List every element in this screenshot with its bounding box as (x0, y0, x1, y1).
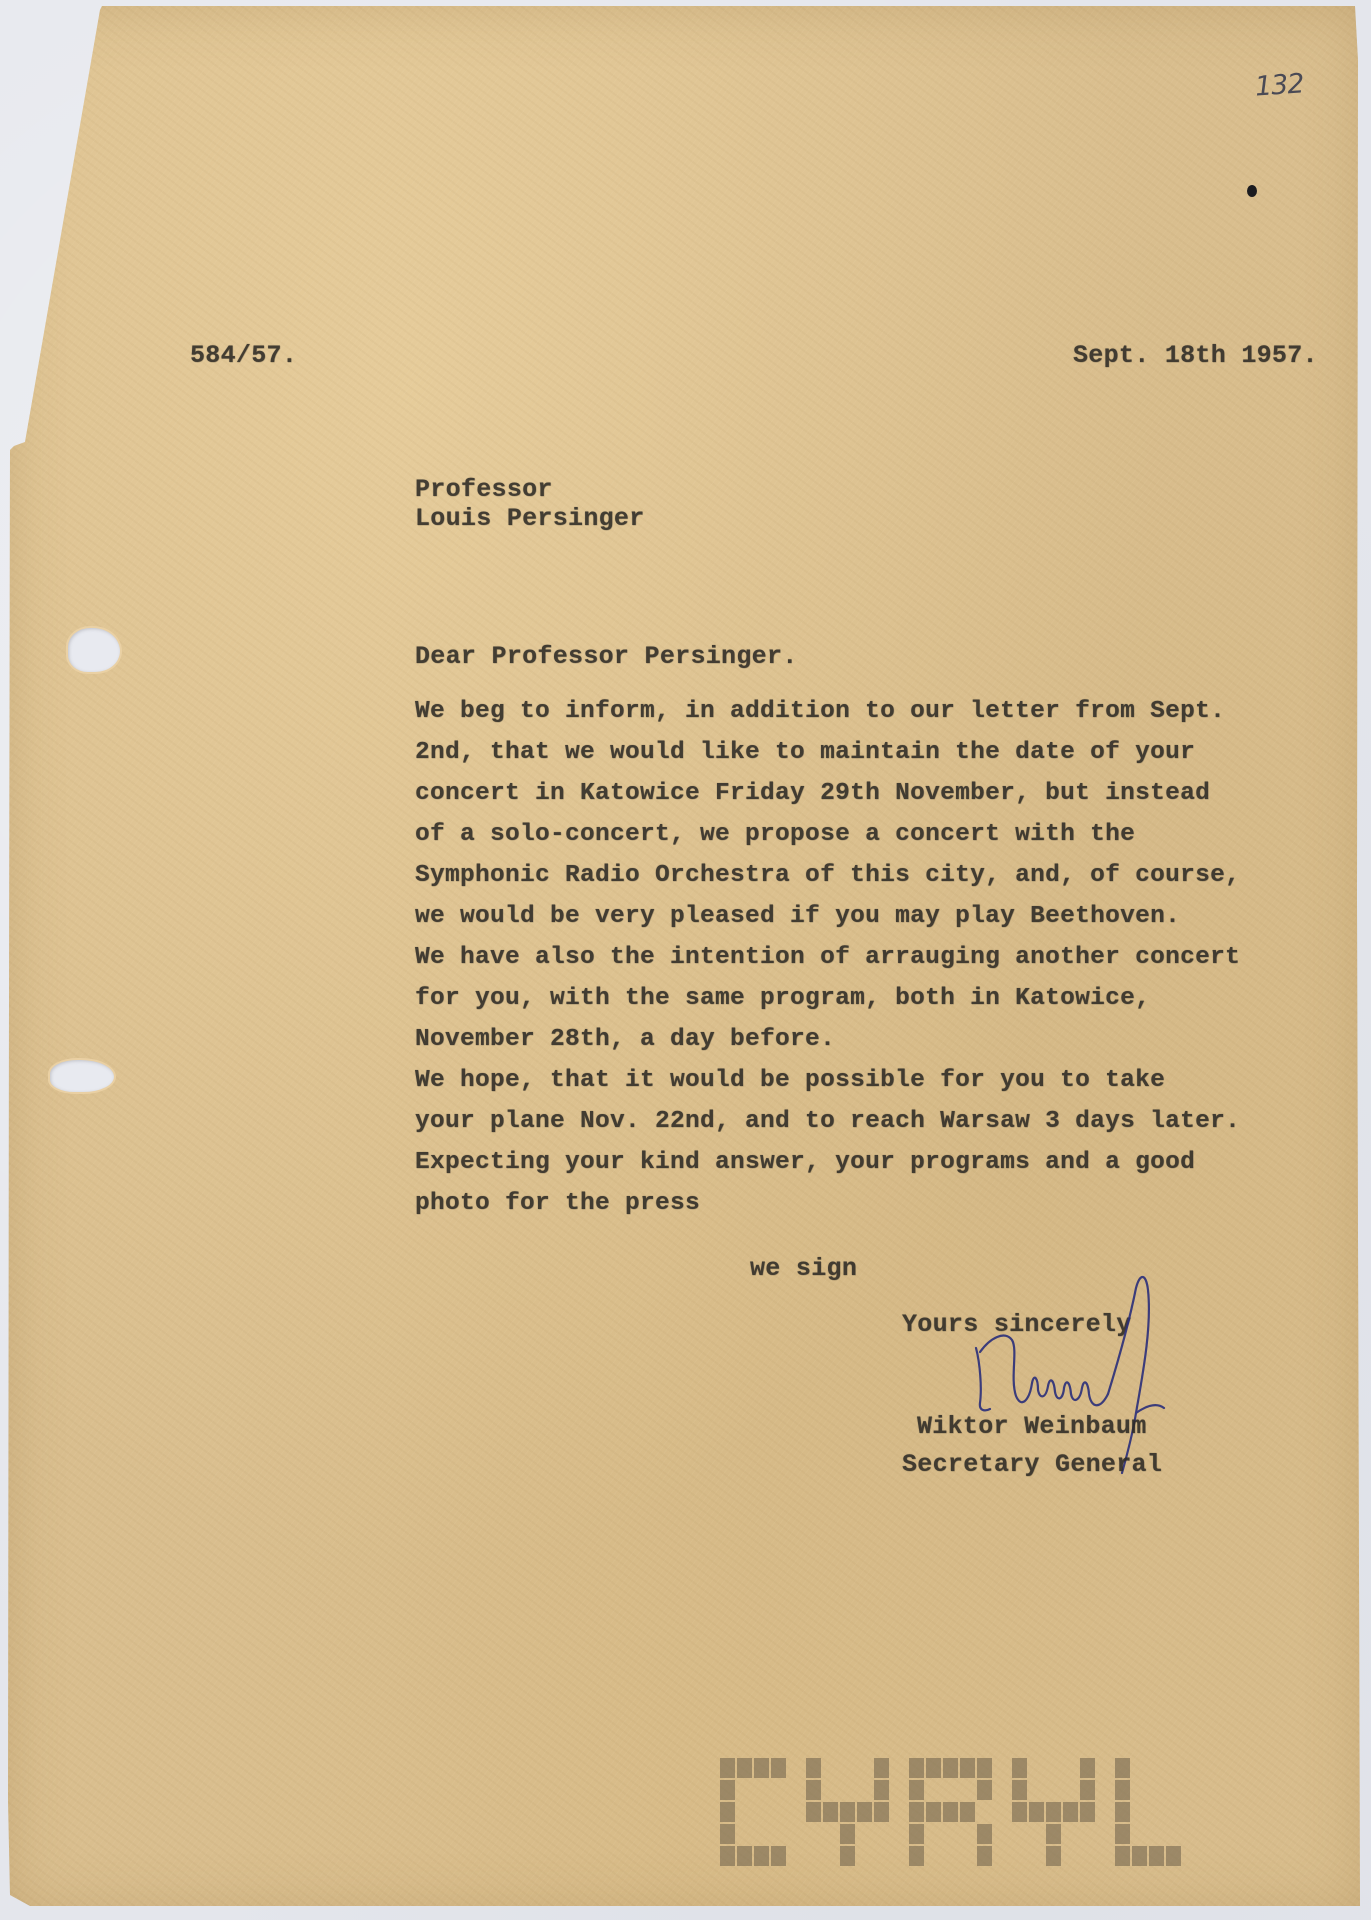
watermark-block (1080, 1780, 1095, 1800)
recipient-name: Louis Persinger (415, 506, 645, 531)
watermark-block (771, 1846, 786, 1866)
body-line: photo for the press (415, 1192, 700, 1217)
watermark-block (909, 1846, 924, 1866)
watermark-block (771, 1758, 786, 1778)
watermark-block (909, 1780, 924, 1800)
body-line: 2nd, that we would like to maintain the … (415, 741, 1195, 766)
reference-number: 584/57. (190, 343, 297, 368)
watermark-block (857, 1802, 872, 1822)
letter-date: Sept. 18th 1957. (1073, 343, 1318, 368)
punch-hole-bottom (50, 1060, 114, 1092)
watermark-block (1046, 1824, 1061, 1844)
watermark-block (754, 1758, 769, 1778)
watermark-block (1166, 1846, 1181, 1866)
watermark-block (1063, 1802, 1078, 1822)
body-line: Symphonic Radio Orchestra of this city, … (415, 864, 1240, 889)
watermark-block (754, 1846, 769, 1866)
watermark-block (1115, 1780, 1130, 1800)
body-line: we would be very pleased if you may play… (415, 905, 1180, 930)
watermark-block (1149, 1846, 1164, 1866)
watermark-block (806, 1780, 821, 1800)
watermark-block (874, 1780, 889, 1800)
watermark-block (977, 1846, 992, 1866)
body-line: We beg to inform, in addition to our let… (415, 700, 1225, 725)
watermark-block (1029, 1802, 1044, 1822)
watermark-block (1046, 1802, 1061, 1822)
body-line: November 28th, a day before. (415, 1028, 835, 1053)
punch-hole-top (68, 628, 120, 672)
watermark-block (720, 1758, 735, 1778)
body-line: Expecting your kind answer, your program… (415, 1151, 1195, 1176)
watermark-block (1012, 1758, 1027, 1778)
watermark-block (943, 1802, 958, 1822)
watermark-block (720, 1846, 735, 1866)
body-line: your plane Nov. 22nd, and to reach Warsa… (415, 1110, 1240, 1135)
watermark-block (1080, 1758, 1095, 1778)
watermark-block (1115, 1758, 1130, 1778)
watermark-block (1115, 1824, 1130, 1844)
watermark-block (806, 1758, 821, 1778)
recipient-title: Professor (415, 477, 553, 502)
handwritten-page-number: 132 (1254, 68, 1305, 102)
watermark-block (1132, 1846, 1147, 1866)
ink-dot (1247, 185, 1257, 197)
watermark-block (840, 1824, 855, 1844)
watermark-block (960, 1802, 975, 1822)
salutation: Dear Professor Persinger. (415, 644, 798, 669)
watermark-block (909, 1824, 924, 1844)
body-line: We have also the intention of arrauging … (415, 946, 1240, 971)
watermark-block (823, 1802, 838, 1822)
watermark-block (909, 1758, 924, 1778)
watermark-block (874, 1802, 889, 1822)
watermark-block (943, 1758, 958, 1778)
watermark-block (1046, 1846, 1061, 1866)
watermark-block (960, 1758, 975, 1778)
watermark-block (977, 1824, 992, 1844)
signatory-name: Wiktor Weinbaum (917, 1414, 1147, 1439)
watermark-block (737, 1846, 752, 1866)
watermark-block (720, 1780, 735, 1800)
watermark-block (977, 1780, 992, 1800)
watermark-block (806, 1802, 821, 1822)
watermark-block (1115, 1846, 1130, 1866)
watermark-block (1012, 1780, 1027, 1800)
watermark-block (720, 1824, 735, 1844)
signatory-title: Secretary General (902, 1452, 1162, 1477)
watermark-block (926, 1758, 941, 1778)
watermark-block (1012, 1802, 1027, 1822)
body-line: for you, with the same program, both in … (415, 987, 1150, 1012)
watermark-block (840, 1802, 855, 1822)
watermark-block (909, 1802, 924, 1822)
body-line: of a solo-concert, we propose a concert … (415, 823, 1135, 848)
body-line: We hope, that it would be possible for y… (415, 1069, 1165, 1094)
watermark-block (737, 1758, 752, 1778)
watermark-block (926, 1802, 941, 1822)
handwritten-signature (960, 1268, 1200, 1478)
watermark-block (840, 1846, 855, 1866)
pre-closing: we sign (750, 1256, 857, 1281)
watermark-block (977, 1758, 992, 1778)
watermark-block (874, 1758, 889, 1778)
body-line: concert in Katowice Friday 29th November… (415, 782, 1210, 807)
watermark-block (1080, 1802, 1095, 1822)
watermark-block (1115, 1802, 1130, 1822)
watermark-block (720, 1802, 735, 1822)
